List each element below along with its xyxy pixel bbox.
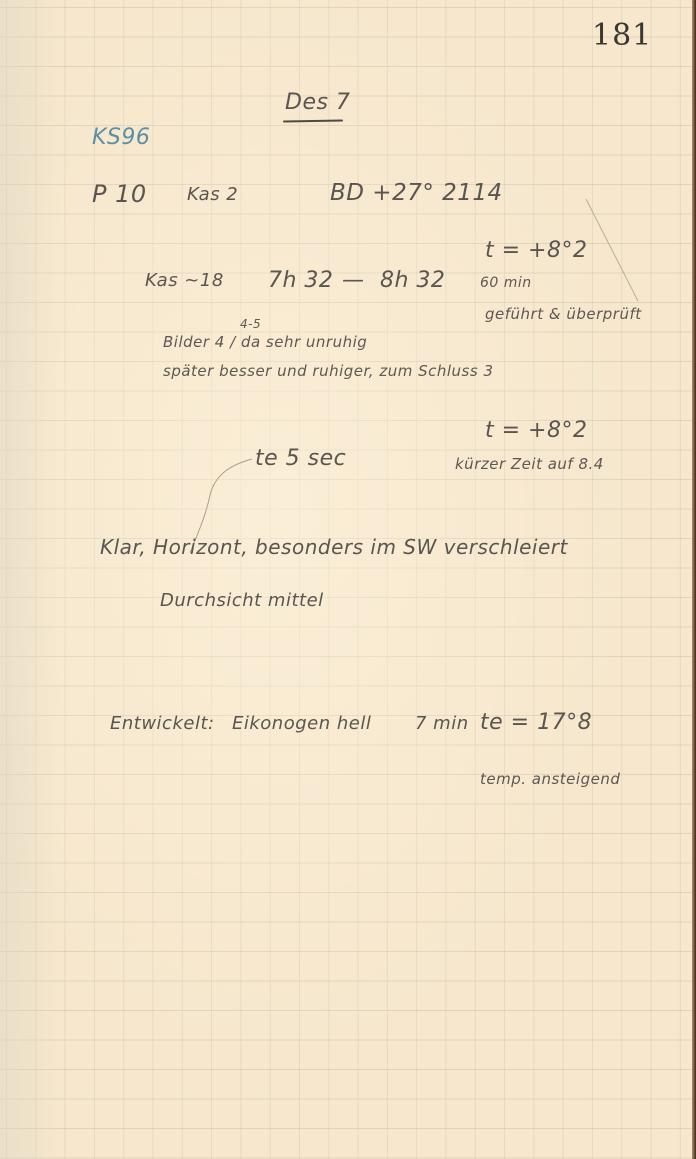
temperature-reading-1: t = +8°2 — [485, 238, 587, 263]
date-heading-underline — [283, 119, 343, 122]
exposure-start: 7h 32 — [268, 268, 333, 293]
image-quality-note-2: später besser und ruhiger, zum Schluss 3 — [163, 362, 494, 380]
image-count-superscript: 4-5 — [240, 317, 261, 331]
page-right-edge — [692, 0, 696, 1159]
exposure-time-short: te 5 sec — [255, 446, 346, 471]
image-quality-note-1: Bilder 4 / da sehr unruhig — [163, 333, 367, 351]
temperature-reading-2: t = +8°2 — [485, 418, 587, 443]
guiding-note: geführt & überprüft — [485, 305, 642, 323]
exposure-end: 8h 32 — [380, 268, 445, 293]
star-designation: BD +27° 2114 — [330, 180, 503, 206]
development-label: Entwickelt: — [110, 713, 215, 734]
exposure-camera: Kas ~18 — [145, 270, 224, 291]
developer-name: Eikonogen hell — [232, 713, 371, 734]
sky-condition-note: Klar, Horizont, besonders im SW verschle… — [100, 535, 568, 559]
development-time: 7 min — [415, 713, 469, 734]
temperature-trend-note: temp. ansteigend — [480, 770, 620, 788]
catalog-tag: KS96 — [92, 125, 150, 150]
camera-label: Kas 2 — [187, 184, 238, 205]
notebook-page: 181 Des 7 KS96 P 10 Kas 2 BD +27° 2114 t… — [0, 0, 696, 1159]
shorter-time-note: kürzer Zeit auf 8.4 — [455, 455, 604, 473]
page-number: 181 — [592, 18, 652, 53]
transparency-note: Durchsicht mittel — [160, 590, 324, 611]
date-heading: Des 7 — [285, 90, 350, 115]
exposure-duration: 60 min — [480, 275, 532, 291]
plate-number: P 10 — [92, 180, 147, 208]
development-temperature: te = 17°8 — [480, 710, 592, 735]
stray-diagonal-line — [580, 195, 640, 305]
exposure-dash: — — [342, 268, 365, 293]
